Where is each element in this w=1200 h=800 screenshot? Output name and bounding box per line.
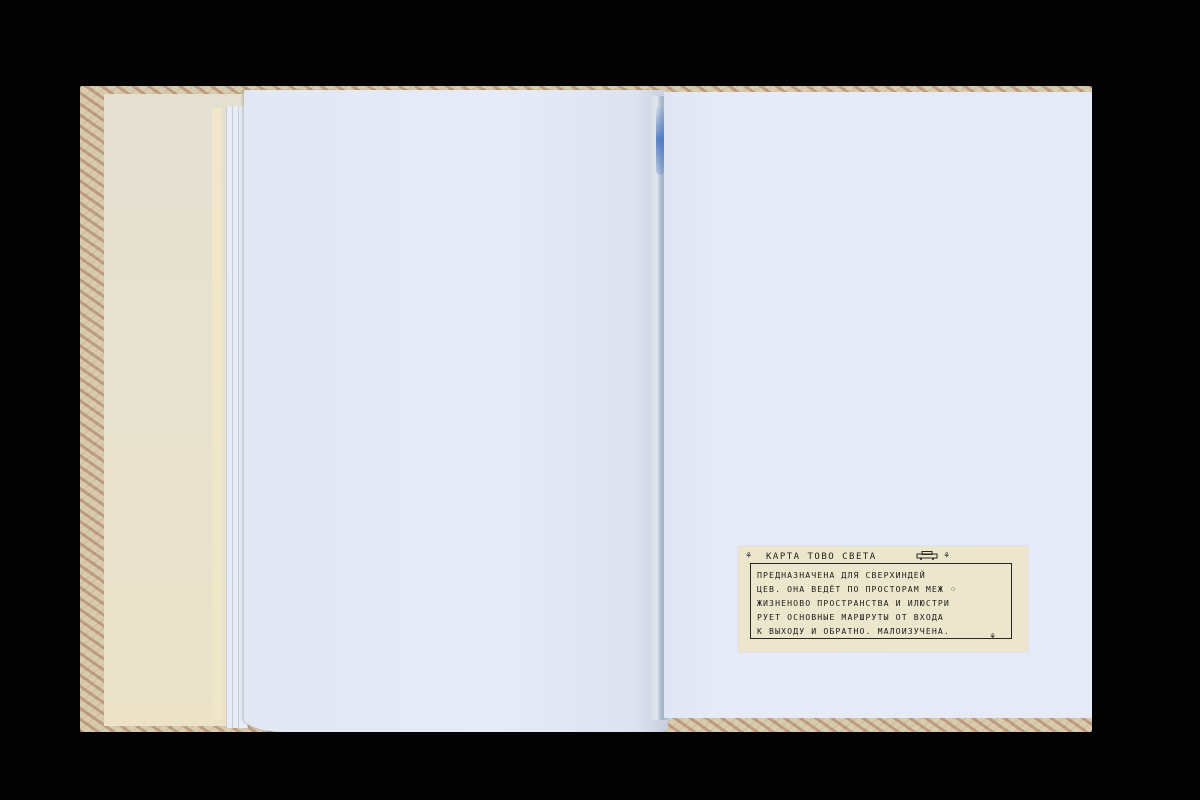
endpaper-edge [212,108,222,720]
label-line: К ВЫХОДУ И ОБРАТНО. МАЛОИЗУЧЕНА. [757,624,1005,638]
sprig-icon: ⚘ [944,551,949,561]
car-icon [916,551,938,560]
gutter-ink-stain [656,105,664,175]
sprig-icon: ⚘ [990,632,995,642]
pasted-label: ⚘ КАРТА ТОВО СВЕТА ⚘ ПРЕДНАЗНАЧЕНА ДЛЯ С… [738,546,1028,652]
left-page[interactable] [244,90,668,732]
sprig-icon: ⚘ [746,551,751,561]
label-line: РУЕТ ОСНОВНЫЕ МАРШРУТЫ ОТ ВХОДА [757,610,1005,624]
label-line: ЖИЗНЕНОВО ПРОСТРАНСТВА И ИЛЮСТРИ [757,596,1005,610]
left-endpaper [104,94,244,726]
label-title: КАРТА ТОВО СВЕТА [766,552,877,562]
label-line: ПРЕДНАЗНАЧЕНА ДЛЯ СВЕРХИНДЕЙ [757,568,1005,582]
label-text-box: ПРЕДНАЗНАЧЕНА ДЛЯ СВЕРХИНДЕЙ ЦЕВ. ОНА ВЕ… [750,563,1012,639]
label-line: ЦЕВ. ОНА ВЕДЁТ ПО ПРОСТОРАМ МЕЖ ⁘ [757,582,1005,596]
